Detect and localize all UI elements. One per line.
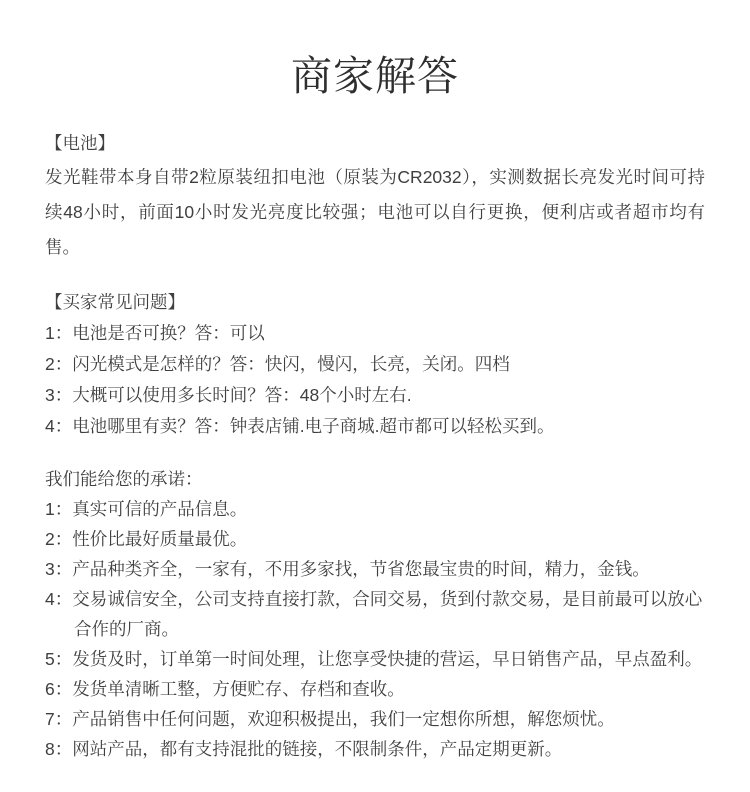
page-title: 商家解答: [0, 0, 750, 98]
promise-item-8: 8：网站产品，都有支持混批的链接，不限制条件，产品定期更新。: [45, 734, 705, 764]
promises-list: 1：真实可信的产品信息。 2：性价比最好质量最优。 3：产品种类齐全，一家有，不…: [45, 494, 705, 764]
faq-list: 1：电池是否可换？答：可以 2：闪光模式是怎样的？答：快闪，慢闪，长亮，关闭。四…: [45, 318, 705, 442]
promise-item-1: 1：真实可信的产品信息。: [45, 494, 705, 524]
promise-item-3: 3：产品种类齐全，一家有，不用多家找，节省您最宝贵的时间，精力，金钱。: [45, 554, 705, 584]
promise-item-2: 2：性价比最好质量最优。: [45, 524, 705, 554]
promise-item-4: 4：交易诚信安全，公司支持直接打款，合同交易，货到付款交易，是目前最可以放心合作…: [45, 584, 705, 644]
promises-section: 我们能给您的承诺： 1：真实可信的产品信息。 2：性价比最好质量最优。 3：产品…: [45, 464, 705, 764]
faq-item-4: 4：电池哪里有卖？答：钟表店铺.电子商城.超市都可以轻松买到。: [45, 411, 705, 442]
faq-item-2: 2：闪光模式是怎样的？答：快闪，慢闪，长亮，关闭。四档: [45, 349, 705, 380]
faq-item-3: 3：大概可以使用多长时间？答：48个小时左右.: [45, 380, 705, 411]
battery-section: 【电池】 发光鞋带本身自带2粒原装纽扣电池（原装为CR2032），实测数据长亮发…: [45, 130, 705, 265]
promise-item-5: 5：发货及时，订单第一时间处理，让您享受快捷的营运，早日销售产品，早点盈利。: [45, 644, 705, 674]
promise-item-7: 7：产品销售中任何问题，欢迎积极提出，我们一定想你所想，解您烦忧。: [45, 704, 705, 734]
faq-item-1: 1：电池是否可换？答：可以: [45, 318, 705, 349]
battery-section-header: 【电池】: [45, 130, 705, 157]
merchant-answers-page: 商家解答 【电池】 发光鞋带本身自带2粒原装纽扣电池（原装为CR2032），实测…: [0, 0, 750, 792]
battery-paragraph: 发光鞋带本身自带2粒原装纽扣电池（原装为CR2032），实测数据长亮发光时间可持…: [45, 157, 705, 265]
faq-section: 【买家常见问题】 1：电池是否可换？答：可以 2：闪光模式是怎样的？答：快闪，慢…: [45, 287, 705, 442]
faq-section-header: 【买家常见问题】: [45, 287, 705, 318]
promises-section-header: 我们能给您的承诺：: [45, 464, 705, 494]
promise-item-6: 6：发货单清晰工整，方便贮存、存档和查收。: [45, 674, 705, 704]
page-content: 【电池】 发光鞋带本身自带2粒原装纽扣电池（原装为CR2032），实测数据长亮发…: [0, 130, 750, 764]
